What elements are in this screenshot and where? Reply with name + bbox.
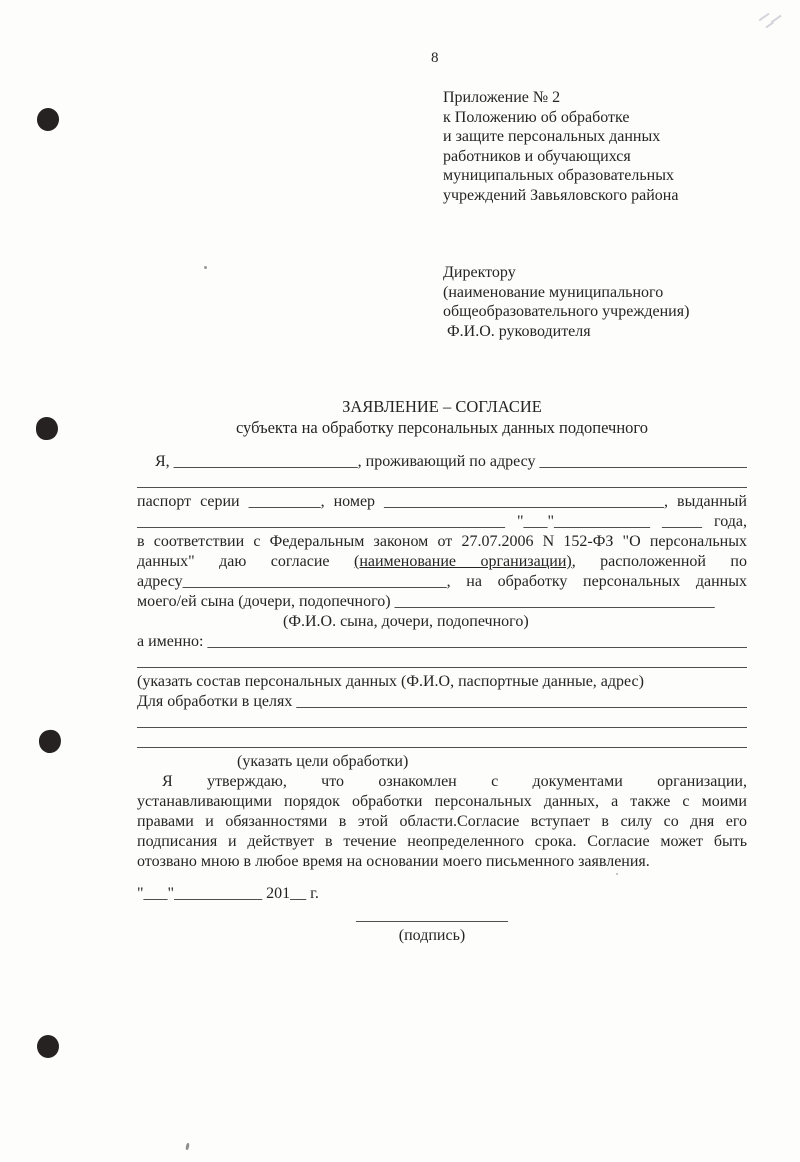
appendix-line: муниципальных образовательных <box>443 166 773 186</box>
scan-speck <box>616 873 618 875</box>
addressee-line: Ф.И.О. руководителя <box>443 322 773 342</box>
child-line: моего/ей сына (дочери, подопечного) ____… <box>137 592 747 612</box>
form-body: Я, _______________________, проживающий … <box>137 452 747 872</box>
appendix-line: работников и обучающихся <box>443 147 773 167</box>
processing-purpose-line: Для обработки в целях __________________… <box>137 692 747 712</box>
scan-artifact-squiggle <box>756 10 790 32</box>
addressee-line: (наименование муниципального <box>443 283 773 303</box>
addressee-line: общеобразовательного учреждения) <box>443 302 773 322</box>
blank-line: ________________________________________… <box>137 732 747 752</box>
signature-block: ___________________ (подпись) <box>349 906 515 946</box>
consent-line: данных" даю согласие (наименование орган… <box>137 552 747 572</box>
blank-line: ________________________________________… <box>137 472 747 492</box>
signature-caption: (подпись) <box>349 926 515 946</box>
affirmation-line-1: Я утверждаю, что ознакомлен с документам… <box>137 772 747 792</box>
page-number: 8 <box>431 50 439 67</box>
revocation-line: отозвано мною в любое время на основании… <box>137 852 747 872</box>
consent-line-end: , расположенной по <box>572 553 747 570</box>
hole-punch-mark <box>38 729 62 754</box>
scanned-document-page: 8 Приложение № 2 к Положению об обработк… <box>0 0 800 1162</box>
affirmation-line-3: правами и обязанностями в этой области.С… <box>137 812 747 832</box>
passport-line: паспорт серии _________, номер _________… <box>137 492 747 512</box>
signature-line: ___________________ <box>349 906 515 926</box>
addressee-line: Директору <box>443 263 773 283</box>
date-line: "___"___________ 201__ г. <box>137 884 319 904</box>
blank-line: ________________________________________… <box>137 652 747 672</box>
data-composition-caption: (указать состав персональных данных (Ф.И… <box>137 672 747 692</box>
hole-punch-mark <box>36 417 58 440</box>
title-block: ЗАЯВЛЕНИЕ – СОГЛАСИЕ субъекта на обработ… <box>137 396 747 438</box>
namely-line: а именно: ______________________________… <box>137 632 747 652</box>
law-reference-line: в соответствии с Федеральным законом от … <box>137 532 747 552</box>
affirmation-line-4: подписания и действует в течение неопред… <box>137 832 747 852</box>
appendix-line: к Положению об обработке <box>443 108 773 128</box>
hole-punch-mark <box>37 1035 59 1058</box>
date-issued-line: ________________________________________… <box>137 512 747 532</box>
addressee-block: Директору (наименование муниципального о… <box>443 263 773 341</box>
purpose-caption: (указать цели обработки) <box>137 752 747 772</box>
appendix-line: Приложение № 2 <box>443 88 773 108</box>
appendix-line: и защите персональных данных <box>443 127 773 147</box>
organization-name-underlined: (наименование организации) <box>354 553 572 570</box>
appendix-block: Приложение № 2 к Положению об обработке … <box>443 88 773 205</box>
blank-line: ________________________________________… <box>137 712 747 732</box>
affirmation-line-2: устанавливающими порядок обработки персо… <box>137 792 747 812</box>
appendix-line: учреждений Завьяловского района <box>443 186 773 206</box>
address-line: адресу_________________________________,… <box>137 572 747 592</box>
scan-speck <box>185 1143 189 1150</box>
child-fio-caption: (Ф.И.О. сына, дочери, подопечного) <box>137 612 747 632</box>
consent-line-start: данных" даю согласие <box>137 553 330 570</box>
hole-punch-mark <box>36 107 61 133</box>
intro-line: Я, _______________________, проживающий … <box>137 452 747 472</box>
document-subtitle: субъекта на обработку персональных данны… <box>137 417 747 438</box>
scan-speck <box>204 266 207 269</box>
document-title: ЗАЯВЛЕНИЕ – СОГЛАСИЕ <box>137 396 747 417</box>
